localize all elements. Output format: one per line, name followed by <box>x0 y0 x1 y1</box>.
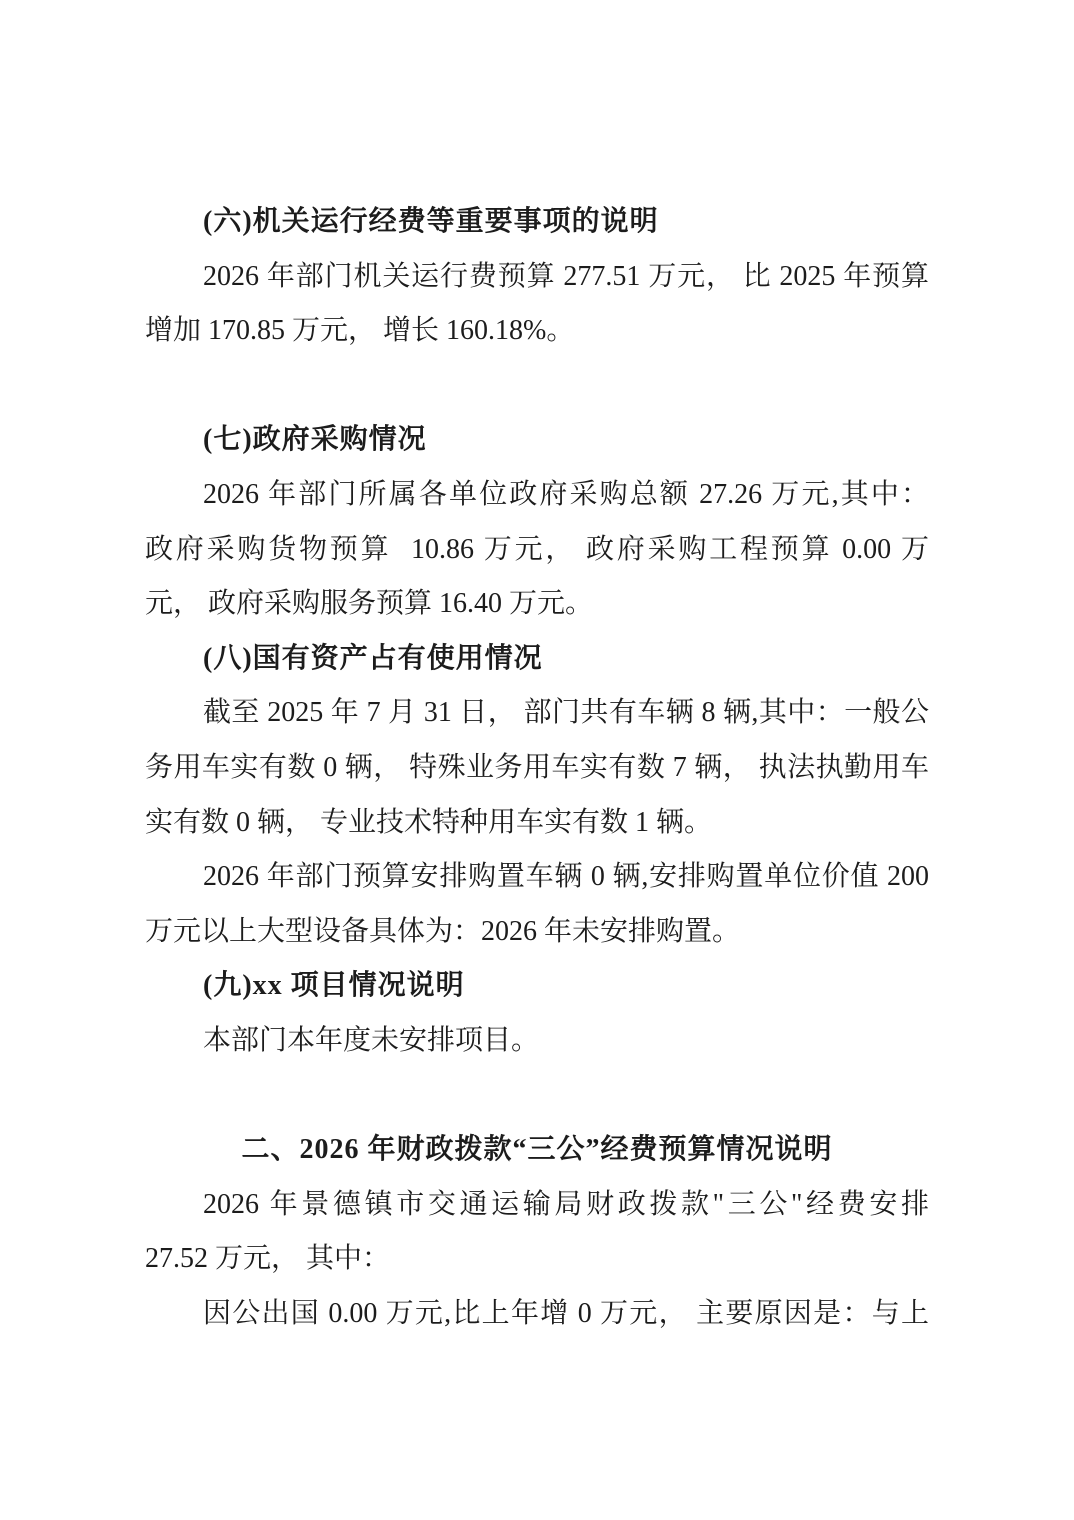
section-heading: (七)政府采购情况 <box>145 413 929 468</box>
body-line: 万元以上大型设备具体为：2026 年未安排购置。 <box>145 905 929 960</box>
body-line: 本部门本年度未安排项目。 <box>145 1014 929 1069</box>
body-line: 增加 170.85 万元， 增长 160.18%。 <box>145 304 929 359</box>
body-line: 2026 年部门机关运行费预算 277.51 万元， 比 2025 年预算 <box>145 250 929 305</box>
body-line: 因公出国 0.00 万元,比上年增 0 万元， 主要原因是：与上 <box>145 1287 929 1342</box>
blank-line <box>145 359 929 414</box>
major-heading: 二、2026 年财政拨款“三公”经费预算情况说明 <box>145 1123 929 1178</box>
section-heading: (九)xx 项目情况说明 <box>145 959 929 1014</box>
body-line: 27.52 万元， 其中： <box>145 1232 929 1287</box>
body-line: 2026 年景德镇市交通运输局财政拨款"三公"经费安排 <box>145 1178 929 1233</box>
body-line: 截至 2025 年 7 月 31 日， 部门共有车辆 8 辆,其中：一般公 <box>145 686 929 741</box>
blank-line <box>145 1069 929 1124</box>
body-line: 2026 年部门所属各单位政府采购总额 27.26 万元,其中： <box>145 468 929 523</box>
body-line: 元， 政府采购服务预算 16.40 万元。 <box>145 577 929 632</box>
section-heading: (六)机关运行经费等重要事项的说明 <box>145 195 929 250</box>
section-heading: (八)国有资产占有使用情况 <box>145 632 929 687</box>
body-line: 实有数 0 辆， 专业技术特种用车实有数 1 辆。 <box>145 796 929 851</box>
body-line: 2026 年部门预算安排购置车辆 0 辆,安排购置单位价值 200 <box>145 850 929 905</box>
body-line: 务用车实有数 0 辆， 特殊业务用车实有数 7 辆， 执法执勤用车 <box>145 741 929 796</box>
body-line: 政府采购货物预算 10.86 万元， 政府采购工程预算 0.00 万 <box>145 523 929 578</box>
document-body: (六)机关运行经费等重要事项的说明2026 年部门机关运行费预算 277.51 … <box>145 195 929 1341</box>
